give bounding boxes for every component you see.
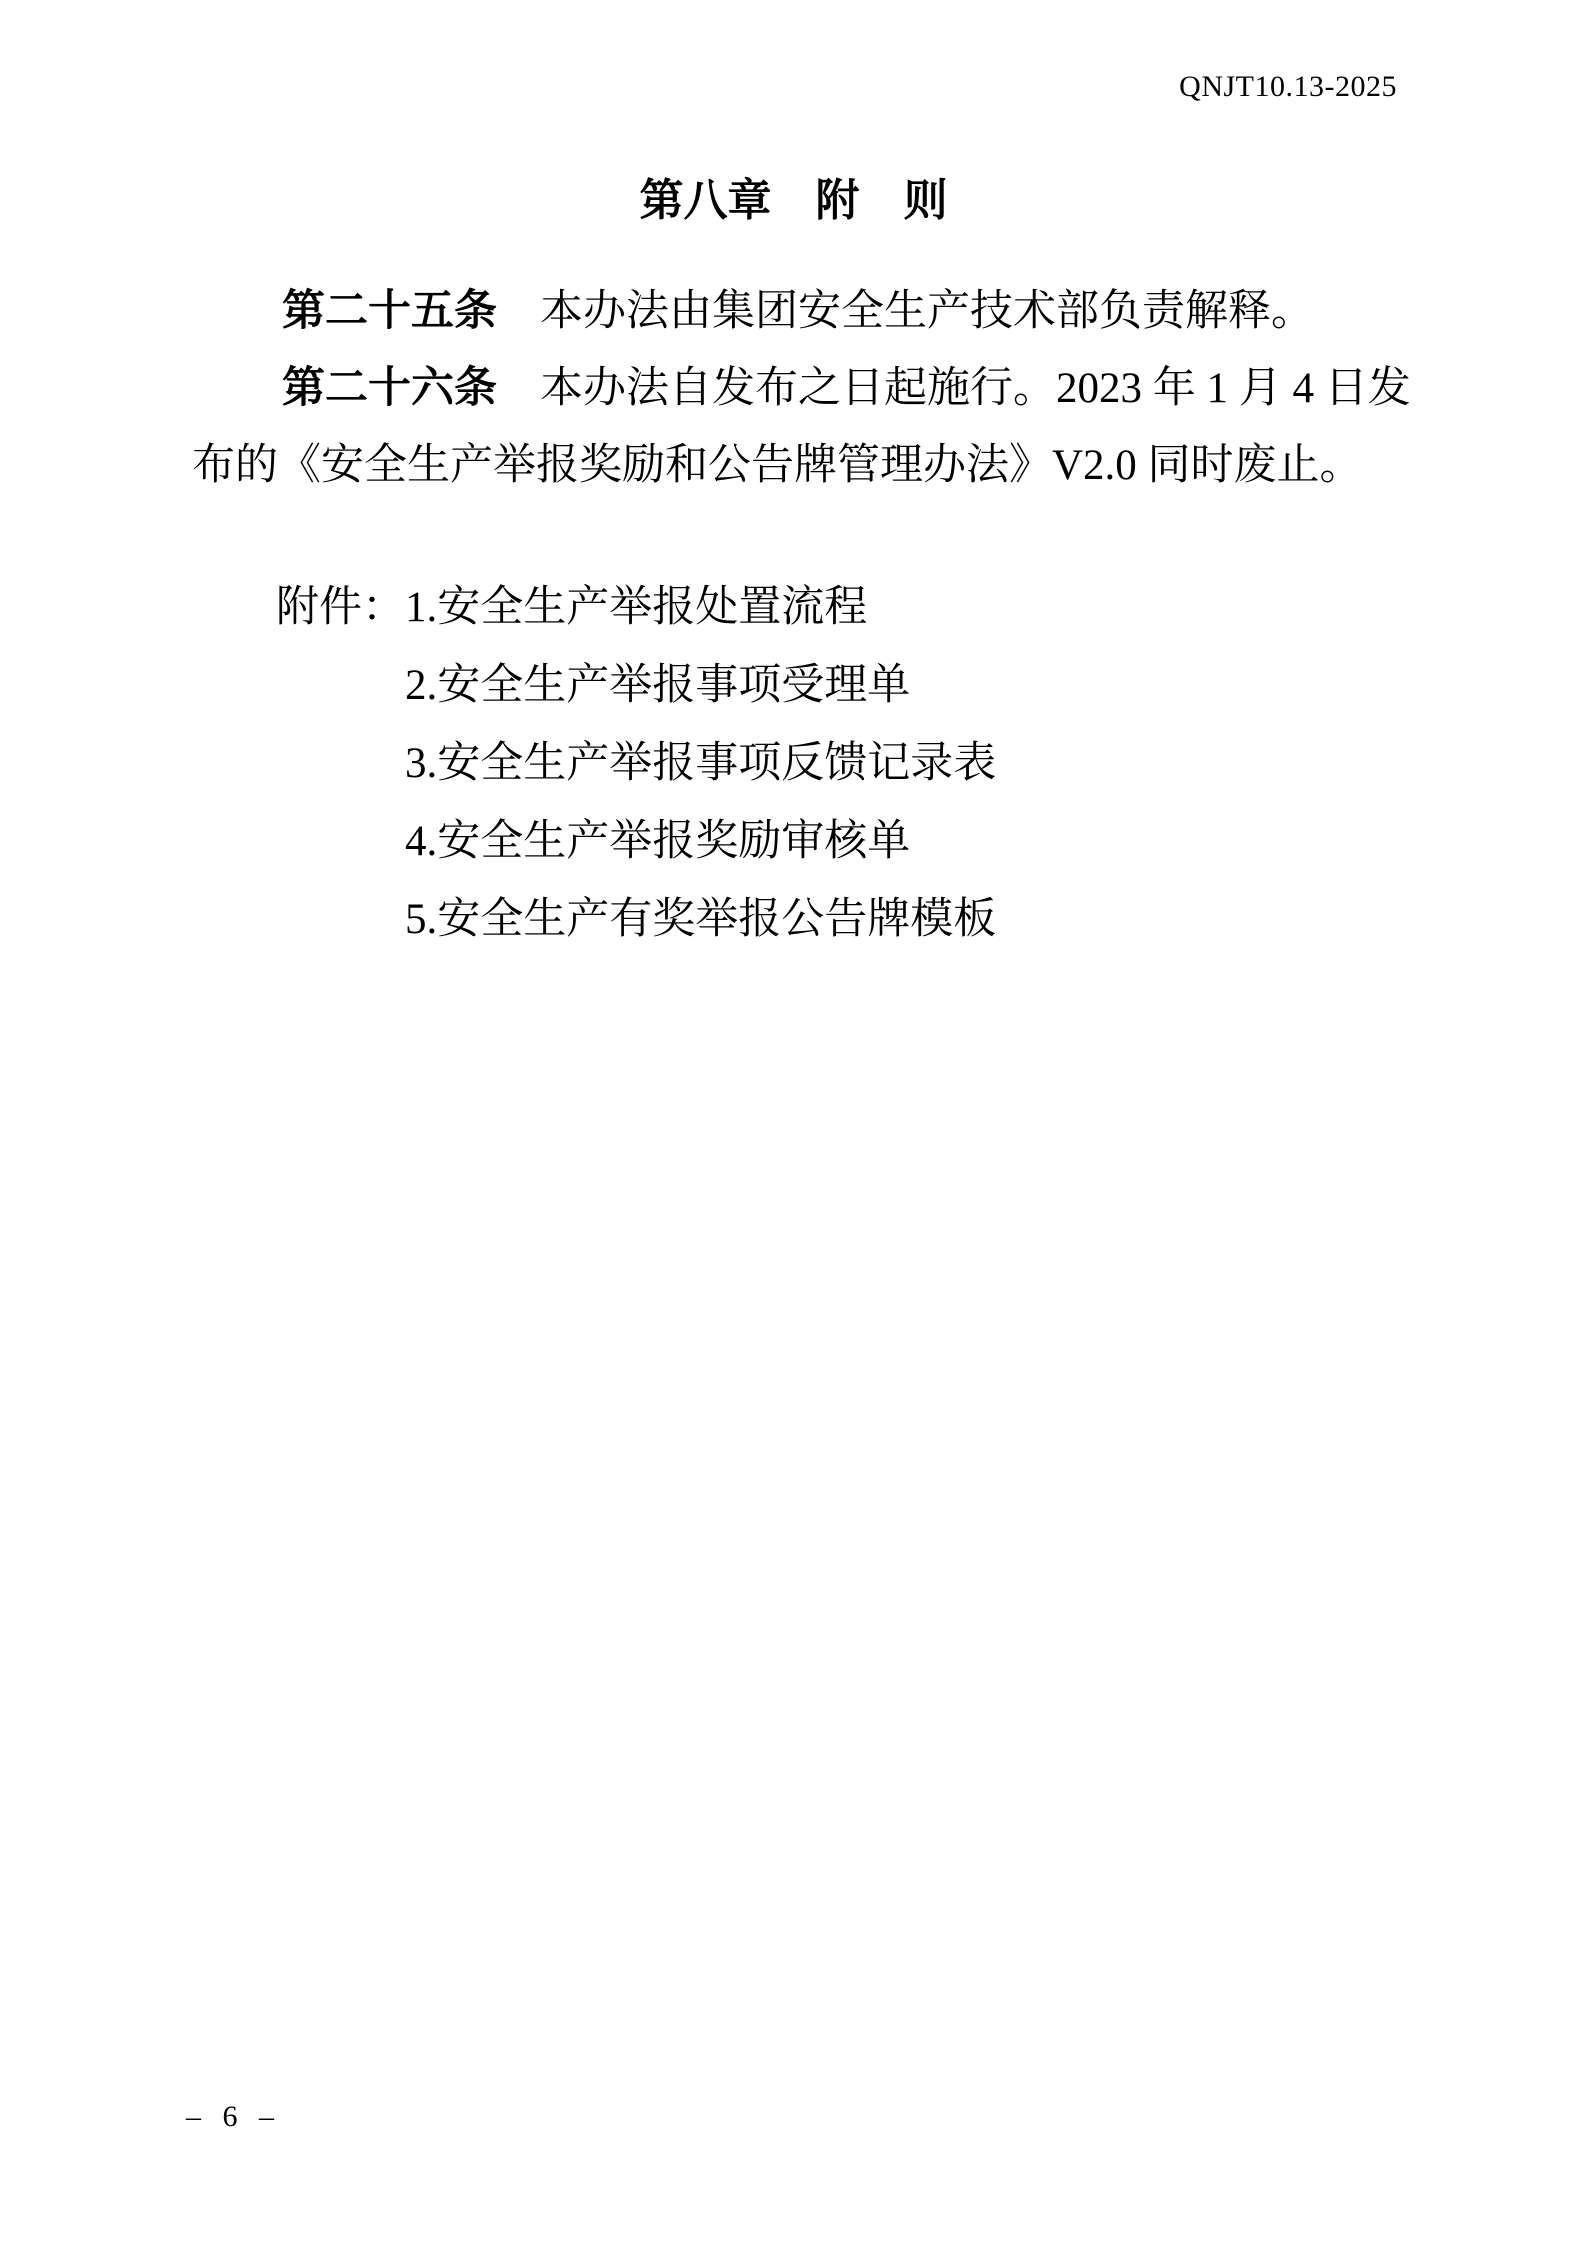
paragraph-text: 本办法自发布之日起施行。2023 年 1 月 4 日发 xyxy=(497,365,1411,412)
paragraph-line: 第二十六条 本办法自发布之日起施行。2023 年 1 月 4 日发 xyxy=(192,350,1452,427)
paragraph-line: 第二十五条 本办法由集团安全生产技术部负责解释。 xyxy=(192,273,1452,350)
attachment-item: 4.安全生产举报奖励审核单 xyxy=(405,803,996,881)
body-text: 第二十五条 本办法由集团安全生产技术部负责解释。 第二十六条 本办法自发布之日起… xyxy=(192,273,1452,504)
attachment-item: 1.安全生产举报处置流程 xyxy=(405,569,996,647)
paragraph-line: 布的《安全生产举报奖励和公告牌管理办法》V2.0 同时废止。 xyxy=(192,427,1452,504)
attachment-item: 5.安全生产有奖举报公告牌模板 xyxy=(405,881,996,959)
attachments-block: 附件： 1.安全生产举报处置流程 2.安全生产举报事项受理单 3.安全生产举报事… xyxy=(276,569,996,959)
document-page: QNJT10.13-2025 第八章 附 则 第二十五条 本办法由集团安全生产技… xyxy=(0,0,1587,2245)
attachments-list: 1.安全生产举报处置流程 2.安全生产举报事项受理单 3.安全生产举报事项反馈记… xyxy=(405,569,996,959)
chapter-title: 第八章 附 则 xyxy=(0,164,1587,228)
paragraph-text: 布的《安全生产举报奖励和公告牌管理办法》V2.0 同时废止。 xyxy=(192,442,1363,489)
article-number: 第二十五条 xyxy=(282,287,497,335)
attachment-item: 2.安全生产举报事项受理单 xyxy=(405,647,996,725)
attachments-label: 附件： xyxy=(276,569,405,647)
doc-code: QNJT10.13-2025 xyxy=(1179,70,1397,104)
paragraph-text: 本办法由集团安全生产技术部负责解释。 xyxy=(497,288,1314,335)
attachment-item: 3.安全生产举报事项反馈记录表 xyxy=(405,725,996,803)
page-number: – 6 – xyxy=(186,2100,281,2134)
article-number: 第二十六条 xyxy=(282,364,497,412)
